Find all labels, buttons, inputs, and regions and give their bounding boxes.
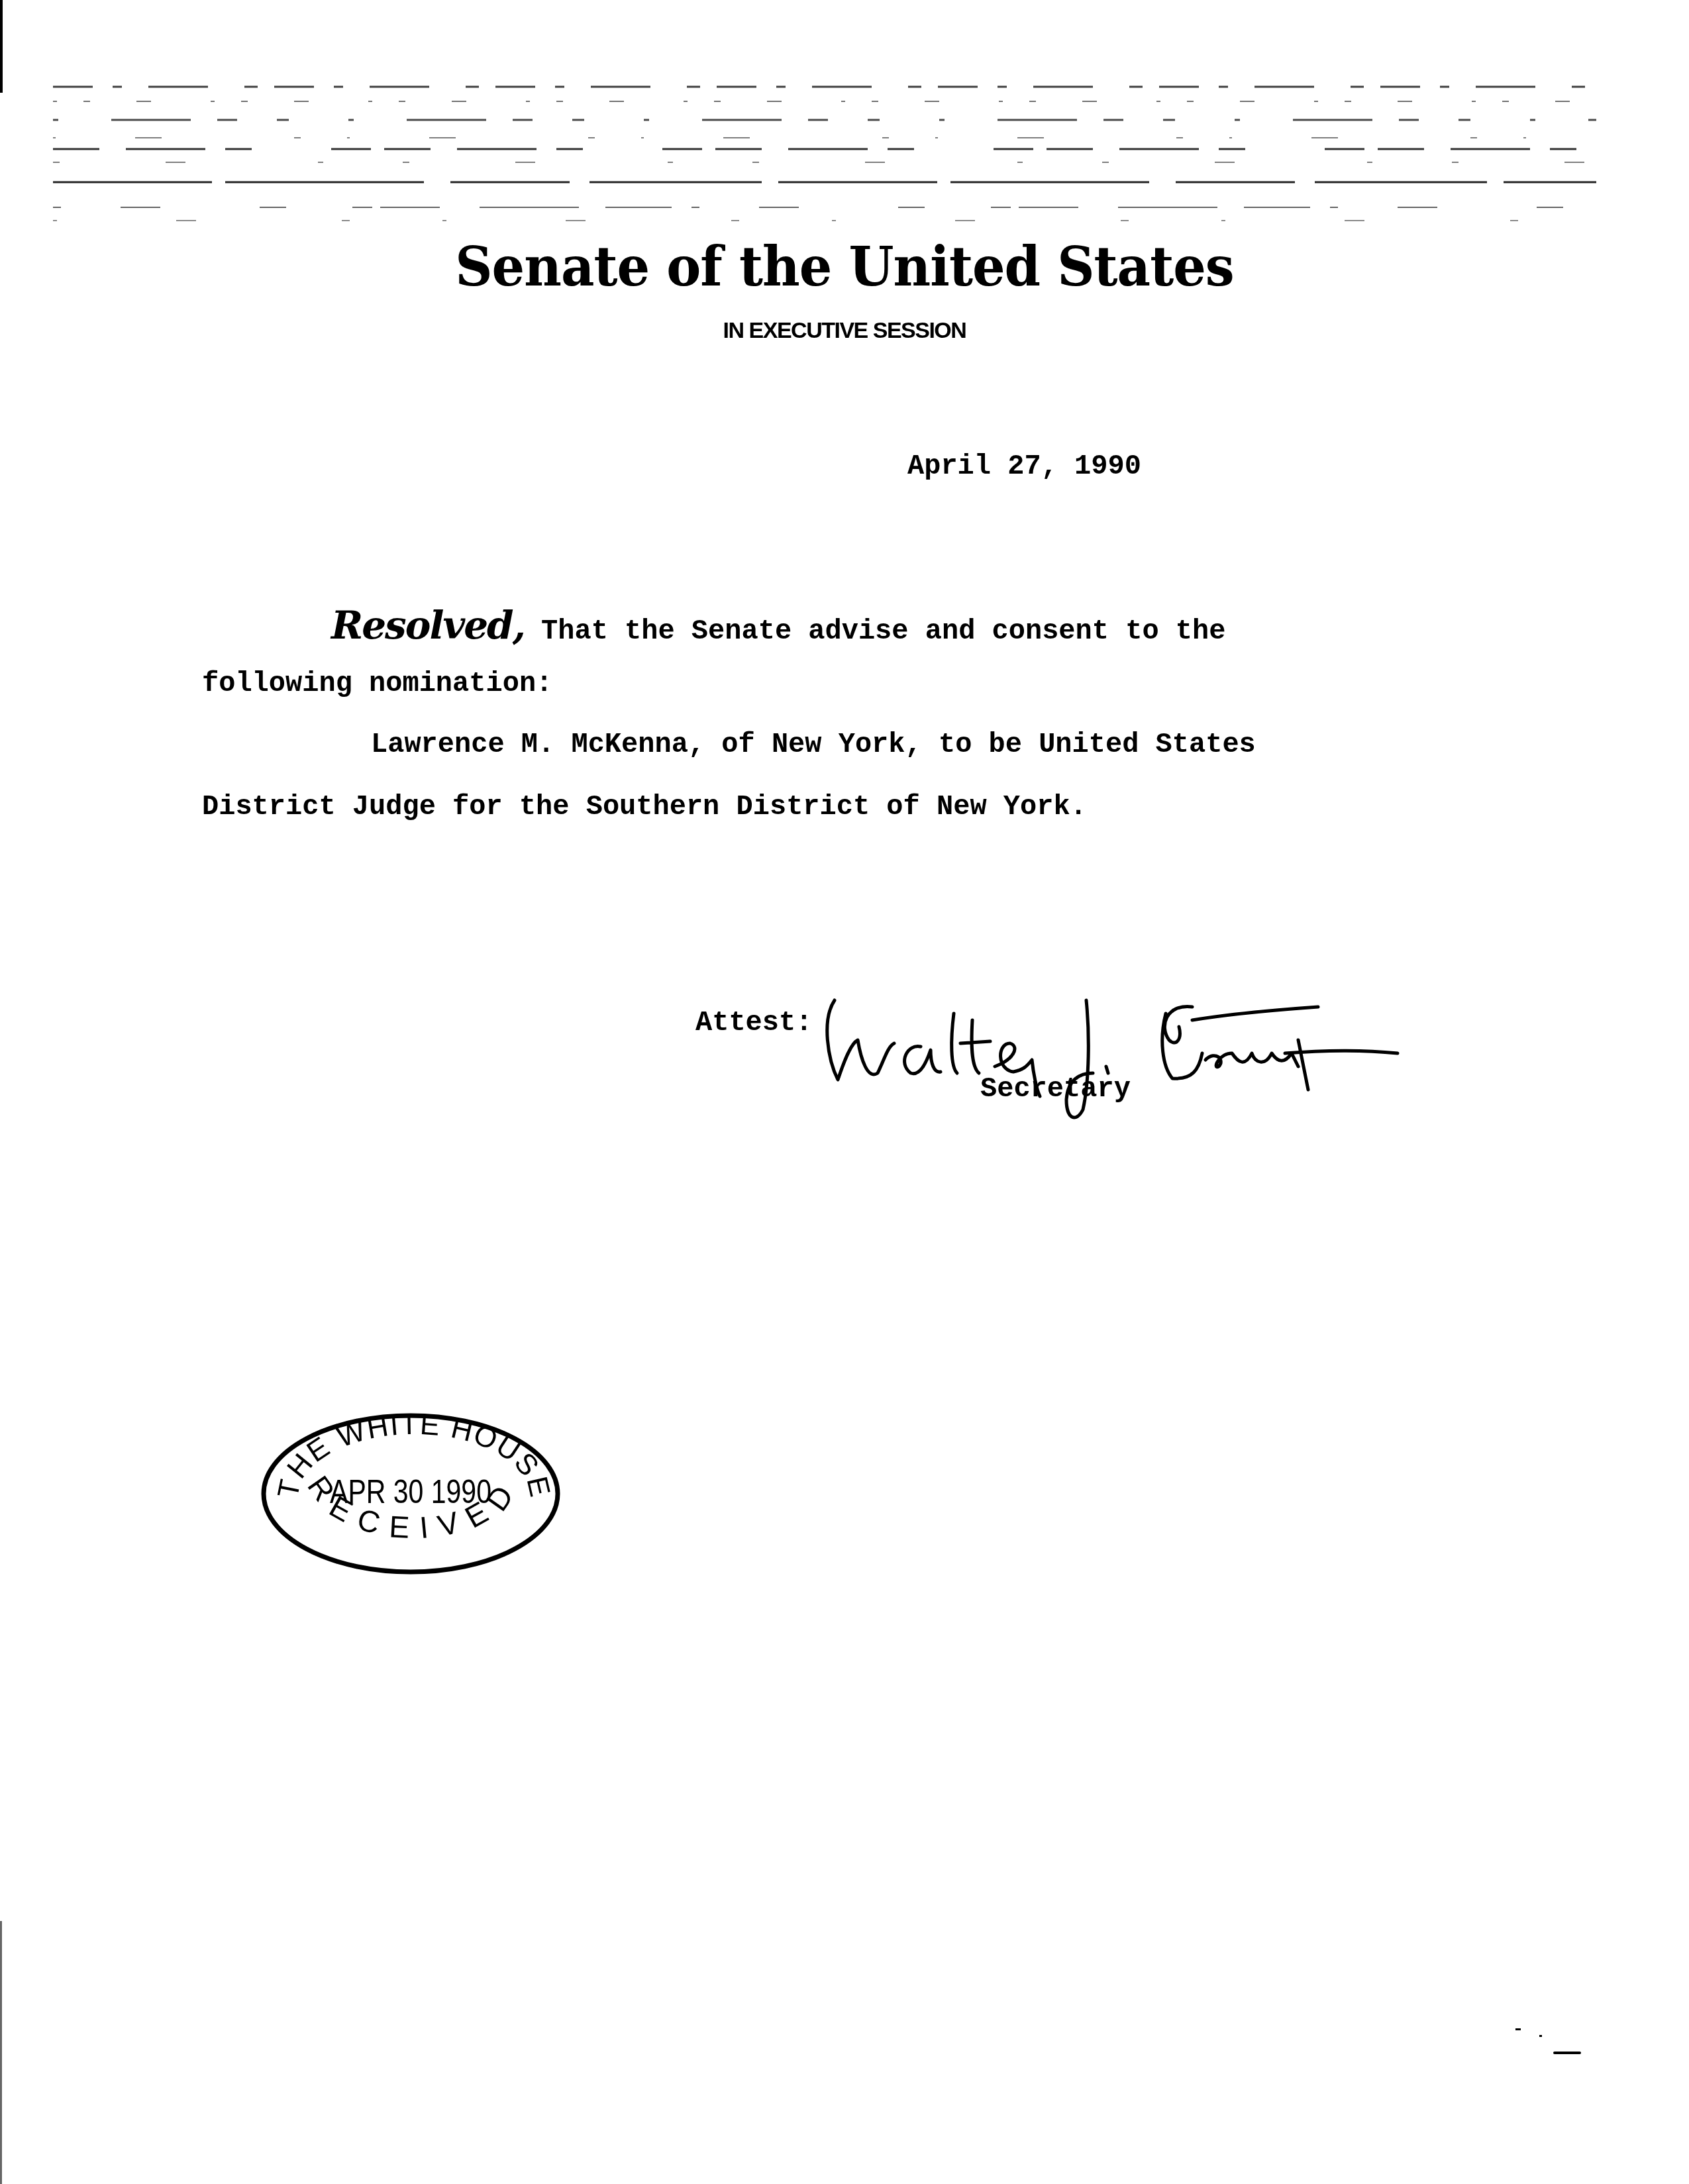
scan-edge-mark [0, 1921, 2, 2184]
scan-edge-mark [0, 0, 3, 93]
document-page: Senate of the United States IN EXECUTIVE… [0, 0, 1689, 2184]
resolution-line-1: Resolved, That the Senate advise and con… [331, 603, 1225, 648]
document-title: Senate of the United States [0, 236, 1689, 299]
stamp-date: APR 30 1990 [280, 1473, 541, 1511]
document-subtitle: IN EXECUTIVE SESSION [0, 318, 1689, 344]
resolution-text-1: That the Senate advise and consent to th… [525, 615, 1226, 647]
resolution-line-2: following nomination: [202, 668, 552, 700]
scan-mark [1515, 2028, 1521, 2030]
signatory-title: Secretary [980, 1073, 1131, 1105]
resolved-lead-word: Resolved, [331, 603, 525, 648]
white-house-received-stamp: THE WHITE HOUSE RECEIVED APR 30 1990 [252, 1398, 570, 1583]
nomination-line-2: District Judge for the Southern District… [202, 791, 1087, 823]
nomination-line-1: Lawrence M. McKenna, of New York, to be … [371, 729, 1256, 760]
resolution-date: April 27, 1990 [907, 450, 1141, 482]
scan-mark [1553, 2052, 1581, 2054]
attest-label: Attest: [695, 1007, 812, 1039]
scan-mark [1539, 2035, 1542, 2037]
